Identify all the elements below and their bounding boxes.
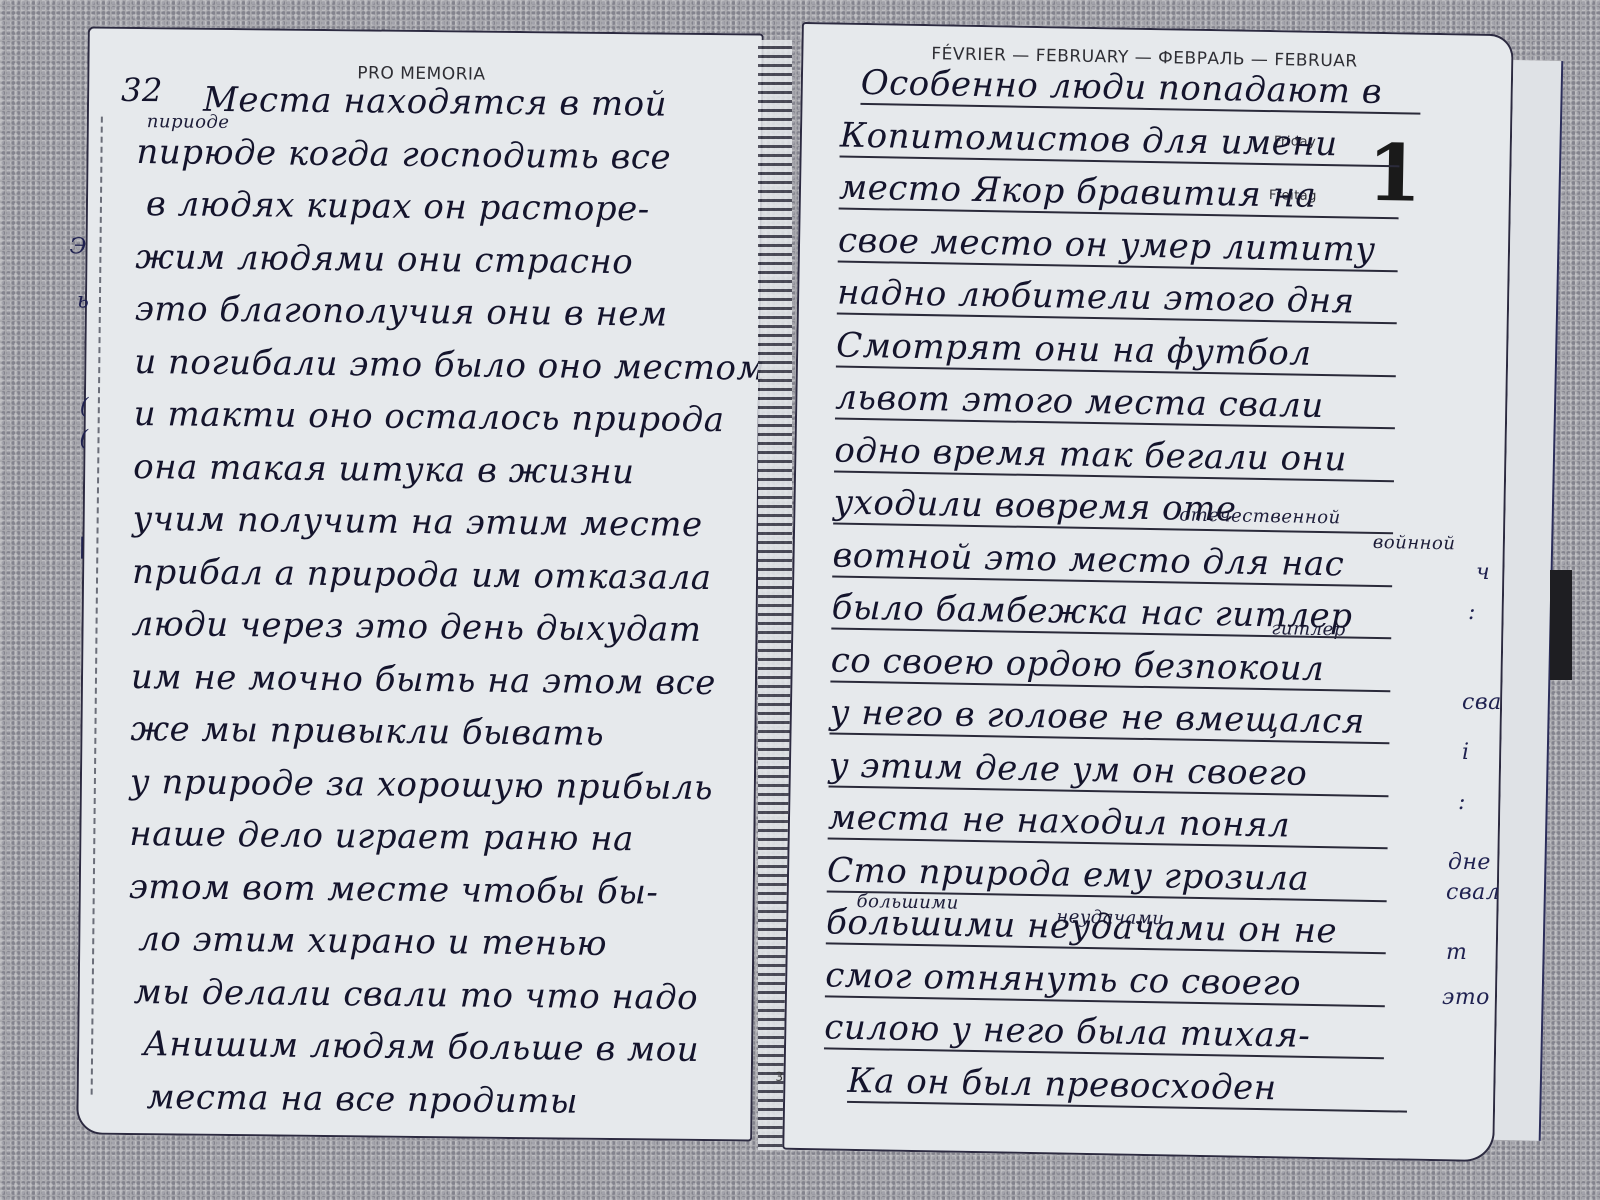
handwritten-line: у этим деле ум он своего [829,745,1390,797]
margin-mark: Э [69,234,87,259]
margin-mark: | [78,534,86,559]
handwritten-line: у него в голове не вмещался [829,692,1390,744]
handwritten-line: им не мочно быть на этом все [131,656,716,702]
handwritten-line: люди через это день дыхудат [131,604,701,650]
handwritten-line: вотной это место для нас [832,535,1393,587]
handwritten-line: большими неудачами он не [826,902,1387,954]
right-handwriting-lines: Особенно люди попадают вКопитомистов для… [802,22,1514,34]
margin-mark: ( [80,394,89,419]
handwritten-line: Смотрят они на футбол [836,325,1397,377]
page-number-handwritten: 32 [121,71,163,109]
margin-mark: : [1458,790,1466,815]
margin-mark: сва [1462,690,1502,715]
handwritten-line: мы делали свали то что надо [134,972,699,1018]
margin-mark: ь [77,288,90,313]
margin-mark: это [1442,985,1490,1010]
handwritten-line: в людях кирах он расторе- [146,184,650,229]
handwritten-line: Ка он был превосходен [847,1060,1408,1112]
handwritten-line: со своею ордою безпокоил [830,640,1391,692]
right-page: FÉVRIER — FEBRUARY — ФЕВРАЛЬ — FEBRUAR F… [782,22,1514,1162]
handwritten-line: ло этим хирано и тенью [138,919,607,964]
handwritten-line: свое место он умер лититу [838,220,1399,272]
handwritten-line: учим получит на этим месте [132,499,702,545]
page-number: 3 [775,1070,783,1084]
left-margin-marks: Эь((| [88,26,764,33]
margin-mark: : [1468,600,1476,625]
left-margin-rule [91,117,103,1095]
handwritten-line: было бамбежка нас гитлер [831,587,1392,639]
handwritten-line: одно время так бегали они [834,430,1395,482]
handwritten-line: она такая штука в жизни [133,446,635,491]
handwritten-line: это благополучия они в нем [135,289,668,335]
handwritten-line: силою у него была тихая- [824,1007,1385,1059]
handwritten-line: этом вот месте чтобы бы- [129,866,659,912]
handwritten-line: уходили вовремя оте [833,483,1394,535]
handwritten-line: места не находил понял [828,797,1389,849]
handwritten-line: львот этого места свали [835,378,1396,430]
margin-mark: т [1446,940,1467,965]
handwritten-line: надно любители этого дня [837,273,1398,325]
handwritten-line: же мы привыкли бывать [130,709,604,754]
handwritten-line: Анишим людям больше в мои [143,1024,699,1070]
black-tab [1550,570,1572,680]
handwritten-line: наше дело играет раню на [129,814,634,859]
handwritten-line: прибал а природа им отказала [132,551,712,597]
handwritten-line: смог отнянуть со своего [825,955,1386,1007]
left-handwriting-lines: Места находятся в тойпирюде когда господ… [88,26,764,33]
margin-mark: свал [1446,880,1500,905]
handwritten-line: у природе за хорошую прибыль [130,761,714,807]
margin-mark: ( [79,426,88,451]
handwritten-line: место Якор бравития на [839,168,1400,220]
margin-mark: дне [1448,850,1491,875]
handwritten-line: места на все продиты [146,1077,578,1122]
margin-mark: ч [1476,560,1490,585]
handwritten-line: и погибали это было оно местом [134,341,765,388]
handwritten-line: Места находятся в той [203,80,667,125]
handwritten-line: пирюде когда господить все [136,132,671,178]
margin-mark: і [1462,740,1470,765]
left-page: PRO MEMORIA 32 пириоде Места находятся в… [76,26,764,1141]
handwritten-line: Особенно люди попадают в [860,63,1421,115]
handwritten-line: и такти оно осталось природа [134,394,725,440]
handwritten-line: жим людями они страсно [135,237,633,282]
handwritten-line: Копитомистов для имени [840,115,1401,167]
